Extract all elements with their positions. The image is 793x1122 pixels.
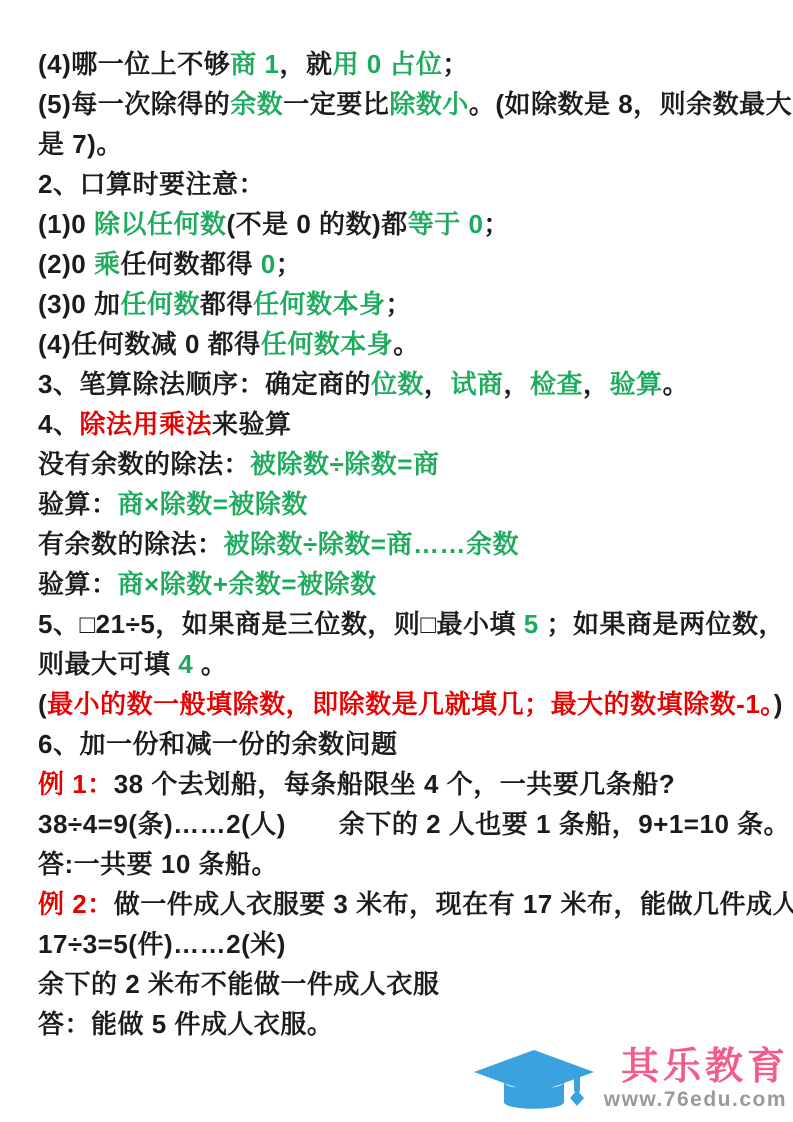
text-segment: 5 <box>524 609 539 639</box>
logo-name: 其乐教育 <box>621 1046 789 1088</box>
text-segment: ； <box>442 49 469 79</box>
text-line: 5、□21÷5，如果商是三位数，则□最小填 5 ；如果商是两位数， <box>38 604 778 644</box>
text-segment: (3)0 加 <box>38 289 120 319</box>
text-segment: ，就 <box>279 49 332 79</box>
text-segment: 验算 <box>610 369 663 399</box>
text-segment: 试商 <box>451 369 504 399</box>
text-segment: 则最大可填 <box>38 649 178 679</box>
text-segment: 0 <box>261 249 276 279</box>
text-segment: 5、□21÷5，如果商是三位数，则□最小填 <box>38 609 524 639</box>
text-line: 例 2：做一件成人衣服要 3 米布，现在有 17 米布，能做几件成人衣服? <box>38 884 778 924</box>
text-segment: 任何数 <box>120 289 200 319</box>
text-line: (1)0 除以任何数(不是 0 的数)都等于 0； <box>38 204 778 244</box>
text-line: (最小的数一般填除数，即除数是几就填几；最大的数填除数-1。) <box>38 684 778 724</box>
text-segment: 来验算 <box>212 409 292 439</box>
text-segment: 3、笔算除法顺序：确定商的 <box>38 369 371 399</box>
text-line: 38÷4=9(条)……2(人) 余下的 2 人也要 1 条船，9+1=10 条。 <box>38 804 778 844</box>
text-segment: (4)哪一位上不够 <box>38 49 230 79</box>
text-segment: ； <box>386 289 413 319</box>
text-segment: ， <box>504 369 531 399</box>
text-segment: 被除数÷除数=商……余数 <box>224 529 519 559</box>
logo-text: 其乐教育 www.76edu.com <box>604 1046 787 1112</box>
text-segment: 验算： <box>38 569 118 599</box>
text-segment: 除数小 <box>389 89 469 119</box>
text-line: (4)任何数减 0 都得任何数本身。 <box>38 324 778 364</box>
text-line: 2、口算时要注意： <box>38 164 778 204</box>
text-line: (4)哪一位上不够商 1，就用 0 占位； <box>38 44 778 84</box>
text-segment: 位数 <box>371 369 424 399</box>
text-segment: 。 <box>663 369 690 399</box>
text-segment: 任何数都得 <box>120 249 260 279</box>
text-segment: 。(如除数是 8，则余数最大 <box>469 89 792 119</box>
text-segment: ( <box>38 689 47 719</box>
text-segment: 商 1 <box>230 49 279 79</box>
text-line: 余下的 2 米布不能做一件成人衣服 <box>38 964 778 1004</box>
text-segment: 答:一共要 10 条船。 <box>38 849 278 879</box>
text-segment: 4 <box>178 649 193 679</box>
text-segment: 38÷4=9(条)……2(人) 余下的 2 人也要 1 条船，9+1=10 条。 <box>38 809 790 839</box>
text-line: 答:一共要 10 条船。 <box>38 844 778 884</box>
text-segment: 任何数本身 <box>253 289 386 319</box>
text-line: (3)0 加任何数都得任何数本身； <box>38 284 778 324</box>
text-segment: (4)任何数减 0 都得 <box>38 329 261 359</box>
text-segment: 例 2： <box>38 889 114 919</box>
text-line: 3、笔算除法顺序：确定商的位数，试商，检查，验算。 <box>38 364 778 404</box>
text-segment: 例 1： <box>38 769 114 799</box>
text-segment: 4、 <box>38 409 79 439</box>
text-segment: 最小的数一般填除数，即除数是几就填几；最大的数填除数-1。 <box>47 689 774 719</box>
text-segment: 是 7)。 <box>38 129 123 159</box>
text-segment: 任何数本身 <box>261 329 394 359</box>
text-segment: 有余数的除法： <box>38 529 224 559</box>
text-line: 6、加一份和减一份的余数问题 <box>38 724 778 764</box>
text-line: 是 7)。 <box>38 124 778 164</box>
text-segment: 6、加一份和减一份的余数问题 <box>38 729 397 759</box>
text-segment: ； <box>276 249 303 279</box>
text-segment: ， <box>583 369 610 399</box>
text-line: 4、除法用乘法来验算 <box>38 404 778 444</box>
text-segment: (不是 0 的数)都 <box>226 209 407 239</box>
text-segment: (1)0 <box>38 209 94 239</box>
text-line: (5)每一次除得的余数一定要比除数小。(如除数是 8，则余数最大 <box>38 84 778 124</box>
graduation-cap-icon <box>468 1042 602 1116</box>
text-segment: 。 <box>393 329 420 359</box>
text-segment: 余下的 2 米布不能做一件成人衣服 <box>38 969 439 999</box>
text-segment: 都得 <box>200 289 253 319</box>
text-line: (2)0 乘任何数都得 0； <box>38 244 778 284</box>
text-segment: ) <box>774 689 783 719</box>
text-segment: 验算： <box>38 489 118 519</box>
text-segment: 。 <box>193 649 227 679</box>
text-segment: 一定要比 <box>283 89 389 119</box>
text-segment: (2)0 <box>38 249 94 279</box>
text-segment: 答：能做 5 件成人衣服。 <box>38 1009 333 1039</box>
text-line: 有余数的除法：被除数÷除数=商……余数 <box>38 524 778 564</box>
document-notes: (4)哪一位上不够商 1，就用 0 占位；(5)每一次除得的余数一定要比除数小。… <box>38 44 778 1044</box>
text-line: 答：能做 5 件成人衣服。 <box>38 1004 778 1044</box>
text-segment: 用 0 占位 <box>332 49 442 79</box>
text-segment: 等于 0 <box>408 209 484 239</box>
logo: 其乐教育 www.76edu.com <box>468 1042 787 1116</box>
text-segment: 做一件成人衣服要 3 米布，现在有 17 米布，能做几件成人衣服? <box>114 889 793 919</box>
text-segment: 没有余数的除法： <box>38 449 250 479</box>
text-segment: 乘 <box>94 249 121 279</box>
text-segment: 17÷3=5(件)……2(米) <box>38 929 286 959</box>
text-segment: 检查 <box>530 369 583 399</box>
text-segment: (5)每一次除得的 <box>38 89 230 119</box>
text-segment: ， <box>424 369 451 399</box>
text-line: 没有余数的除法：被除数÷除数=商 <box>38 444 778 484</box>
text-segment: 商×除数=被除数 <box>118 489 308 519</box>
text-segment: ；如果商是两位数， <box>539 609 785 639</box>
text-segment: 38 个去划船，每条船限坐 4 个，一共要几条船? <box>114 769 675 799</box>
text-segment: 商×除数+余数=被除数 <box>118 569 377 599</box>
text-segment: 2、口算时要注意： <box>38 169 265 199</box>
text-segment: 除法用乘法 <box>79 409 212 439</box>
text-line: 例 1：38 个去划船，每条船限坐 4 个，一共要几条船? <box>38 764 778 804</box>
text-segment: 除以任何数 <box>94 209 227 239</box>
text-line: 17÷3=5(件)……2(米) <box>38 924 778 964</box>
text-line: 则最大可填 4 。 <box>38 644 778 684</box>
logo-url: www.76edu.com <box>604 1088 787 1112</box>
text-line: 验算：商×除数+余数=被除数 <box>38 564 778 604</box>
text-segment: 余数 <box>230 89 283 119</box>
text-line: 验算：商×除数=被除数 <box>38 484 778 524</box>
text-segment: ； <box>483 209 510 239</box>
text-segment: 被除数÷除数=商 <box>250 449 439 479</box>
